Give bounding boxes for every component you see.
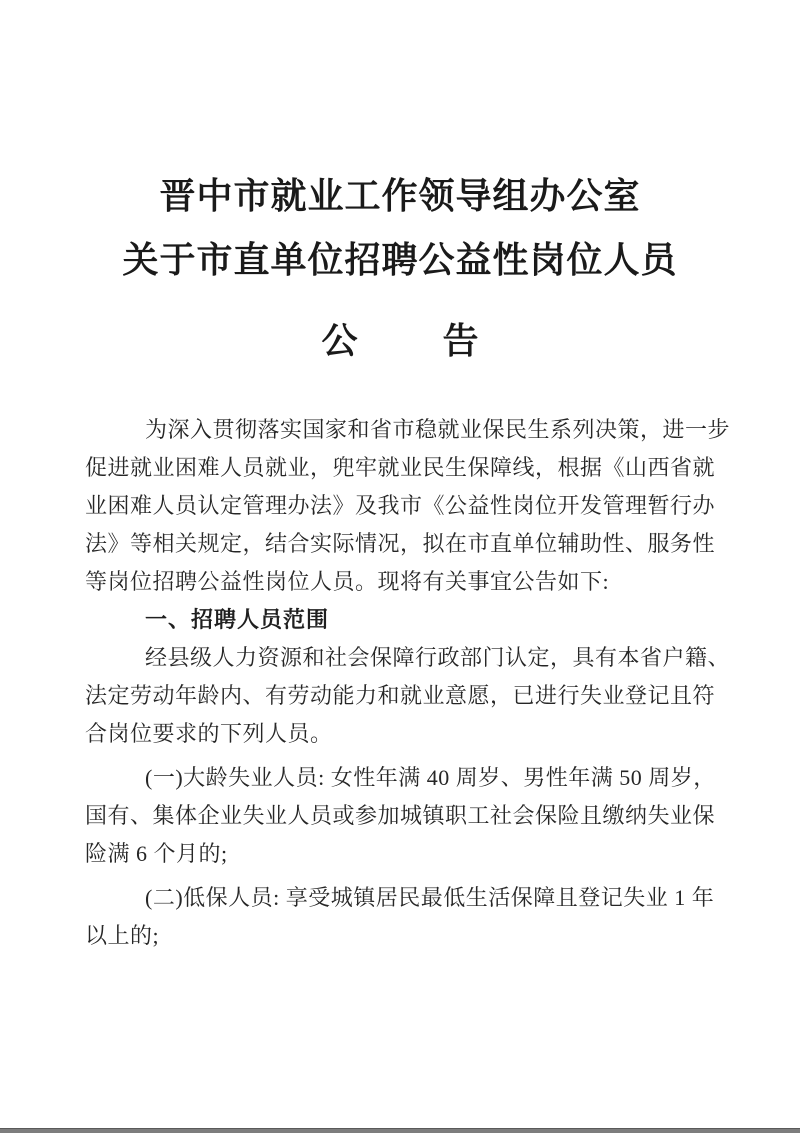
announcement-char-right: 告 xyxy=(443,323,479,359)
item-2-paragraph: (二)低保人员: 享受城镇居民最低生活保障且登记失业 1 年 以上的; xyxy=(85,879,715,955)
scope-line: 经县级人力资源和社会保障行政部门认定，具有本省户籍、 xyxy=(85,639,715,677)
announcement-char-left: 公 xyxy=(321,323,357,359)
document-body: 为深入贯彻落实国家和省市稳就业保民生系列决策，进一步 促进就业困难人员就业，兜牢… xyxy=(85,411,715,955)
intro-line: 促进就业困难人员就业，兜牢就业民生保障线，根据《山西省就 xyxy=(85,449,715,487)
doc-title-line-1: 晋中市就业工作领导组办公室 xyxy=(0,164,800,228)
intro-paragraph: 为深入贯彻落实国家和省市稳就业保民生系列决策，进一步 促进就业困难人员就业，兜牢… xyxy=(85,411,715,601)
scope-line: 合岗位要求的下列人员。 xyxy=(85,715,715,753)
announcement-heading: 公 告 xyxy=(0,323,800,359)
item-1-line: (一)大龄失业人员: 女性年满 40 周岁、男性年满 50 周岁， xyxy=(85,759,715,797)
scope-line: 法定劳动年龄内、有劳动能力和就业意愿，已进行失业登记且符 xyxy=(85,677,715,715)
section-1-heading: 一、招聘人员范围 xyxy=(85,601,715,639)
scope-paragraph: 经县级人力资源和社会保障行政部门认定，具有本省户籍、 法定劳动年龄内、有劳动能力… xyxy=(85,639,715,753)
doc-title-line-2: 关于市直单位招聘公益性岗位人员 xyxy=(0,228,800,292)
item-2-line: 以上的; xyxy=(85,917,715,955)
intro-line: 法》等相关规定，结合实际情况，拟在市直单位辅助性、服务性 xyxy=(85,525,715,563)
item-2-line: (二)低保人员: 享受城镇居民最低生活保障且登记失业 1 年 xyxy=(85,879,715,917)
bottom-scan-edge-bar xyxy=(0,1128,800,1133)
item-1-line: 国有、集体企业失业人员或参加城镇职工社会保险且缴纳失业保 xyxy=(85,797,715,835)
document-page: 晋中市就业工作领导组办公室 关于市直单位招聘公益性岗位人员 公 告 为深入贯彻落… xyxy=(0,0,800,1133)
document-title-block: 晋中市就业工作领导组办公室 关于市直单位招聘公益性岗位人员 公 告 xyxy=(0,0,800,359)
intro-line: 等岗位招聘公益性岗位人员。现将有关事宜公告如下: xyxy=(85,563,715,601)
intro-line: 为深入贯彻落实国家和省市稳就业保民生系列决策，进一步 xyxy=(85,411,715,449)
item-1-line: 险满 6 个月的; xyxy=(85,835,715,873)
item-1-paragraph: (一)大龄失业人员: 女性年满 40 周岁、男性年满 50 周岁， 国有、集体企… xyxy=(85,759,715,873)
intro-line: 业困难人员认定管理办法》及我市《公益性岗位开发管理暂行办 xyxy=(85,487,715,525)
